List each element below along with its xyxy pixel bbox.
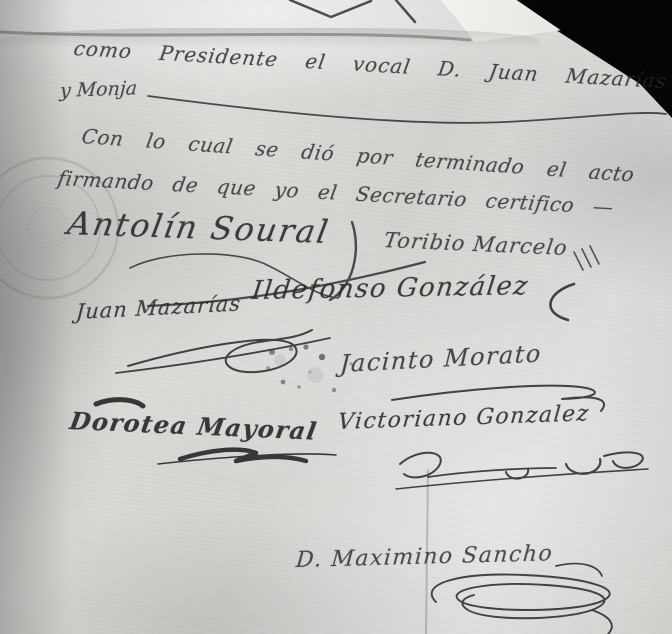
- signature-antolin: Antolín Soural: [65, 204, 333, 251]
- signature-maximino: D. Maximino Sancho: [295, 541, 554, 573]
- ink-layer: como Presidente el vocal D. Juan Mazaría…: [0, 0, 672, 634]
- signature-ildefonso: Ildefonso González: [250, 271, 530, 306]
- victoriano-rubric: [396, 452, 648, 489]
- body-line-2: y Monja: [59, 77, 138, 102]
- signature-victoriano: Victoriano Gonzalez: [337, 401, 591, 435]
- manuscript-photo: como Presidente el vocal D. Juan Mazaría…: [0, 0, 672, 634]
- ildefonso-tail-flourish: [550, 284, 574, 320]
- paper-creases: [0, 32, 470, 634]
- juan-rubric: [116, 330, 330, 373]
- body-line-1: como Presidente el vocal D. Juan Mazaría…: [72, 36, 669, 93]
- signature-jacinto: Jacinto Morato: [339, 339, 542, 378]
- signature-dorotea: Dorotea Mayoral: [68, 406, 320, 446]
- signature-juan: Juan Mazarías: [75, 291, 242, 324]
- toribio-rubric: [574, 246, 599, 270]
- maximino-rubric: [432, 564, 612, 634]
- monja-flourish-line: [148, 96, 666, 123]
- top-page-marks: [290, 0, 415, 22]
- signature-toribio: Toribio Marcelo: [382, 228, 569, 260]
